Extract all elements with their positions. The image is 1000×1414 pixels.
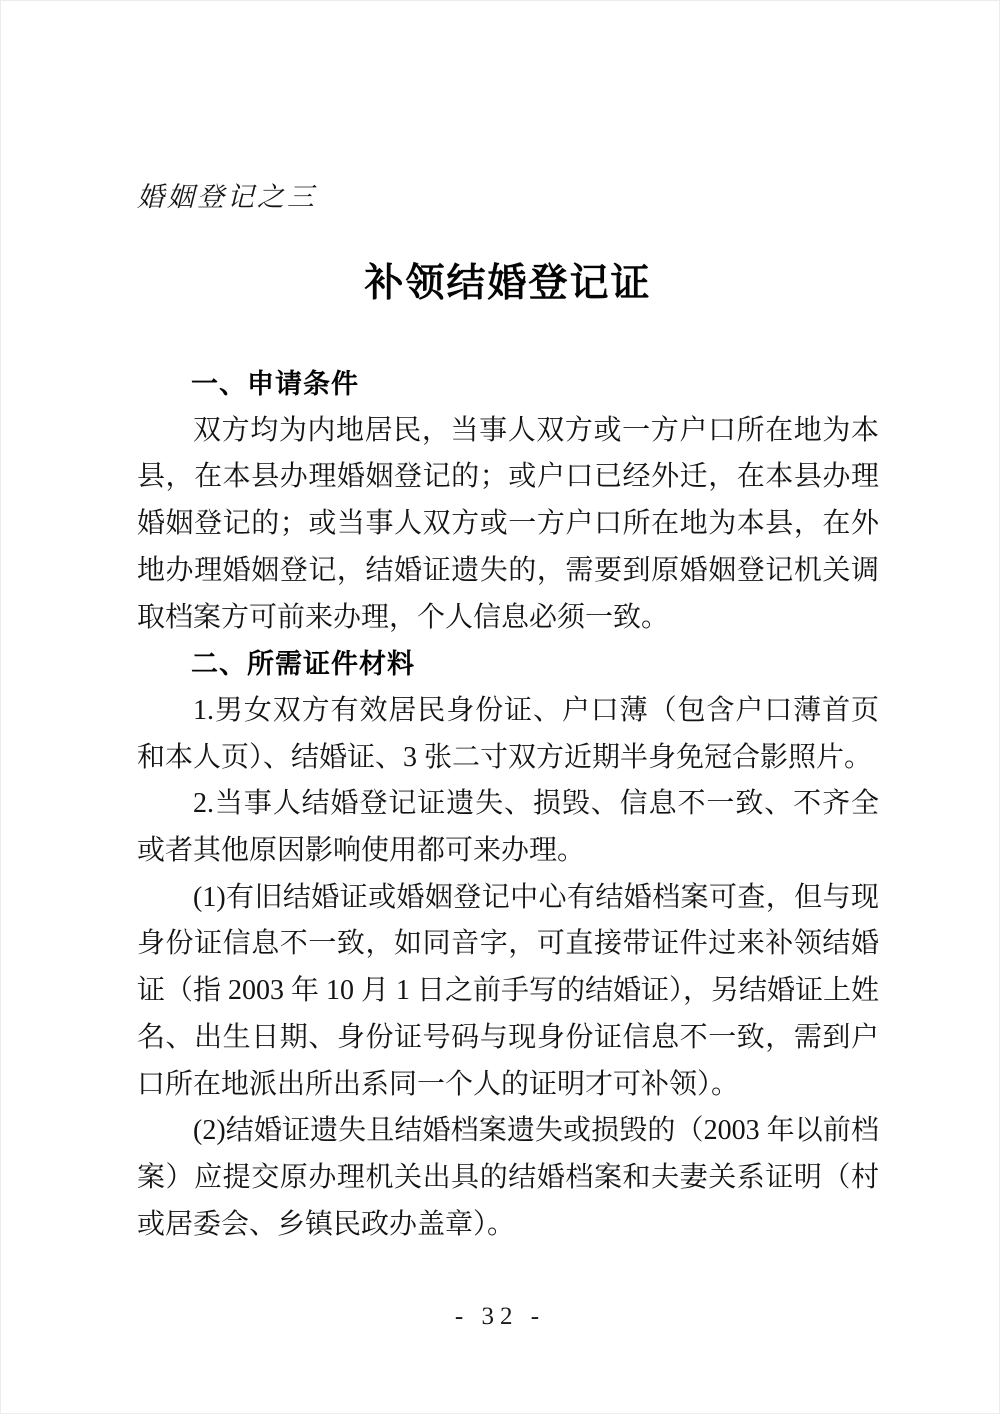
category-label: 婚姻登记之三 (137, 179, 879, 215)
paragraph-required-documents-item-1: 1.男女双方有效居民身份证、户口薄（包含户口薄首页和本人页）、结婚证、3 张二寸… (137, 688, 879, 781)
page-number: - 32 - (1, 1303, 999, 1331)
section-heading-required-documents: 二、所需证件材料 (137, 641, 879, 688)
document-page: 婚姻登记之三 补领结婚登记证 一、申请条件 双方均为内地居民，当事人双方或一方户… (0, 0, 1000, 1414)
document-title: 补领结婚登记证 (137, 255, 879, 313)
paragraph-required-documents-case-2: (2)结婚证遗失且结婚档案遗失或损毁的（2003 年以前档案）应提交原办理机关出… (137, 1108, 879, 1248)
paragraph-application-conditions: 双方均为内地居民，当事人双方或一方户口所在地为本县，在本县办理婚姻登记的；或户口… (137, 408, 879, 642)
paragraph-required-documents-case-1: (1)有旧结婚证或婚姻登记中心有结婚档案可查，但与现身份证信息不一致，如同音字，… (137, 875, 879, 1109)
document-body: 一、申请条件 双方均为内地居民，当事人双方或一方户口所在地为本县，在本县办理婚姻… (137, 361, 879, 1248)
paragraph-required-documents-item-2: 2.当事人结婚登记证遗失、损毁、信息不一致、不齐全或者其他原因影响使用都可来办理… (137, 781, 879, 874)
section-heading-application-conditions: 一、申请条件 (137, 361, 879, 408)
